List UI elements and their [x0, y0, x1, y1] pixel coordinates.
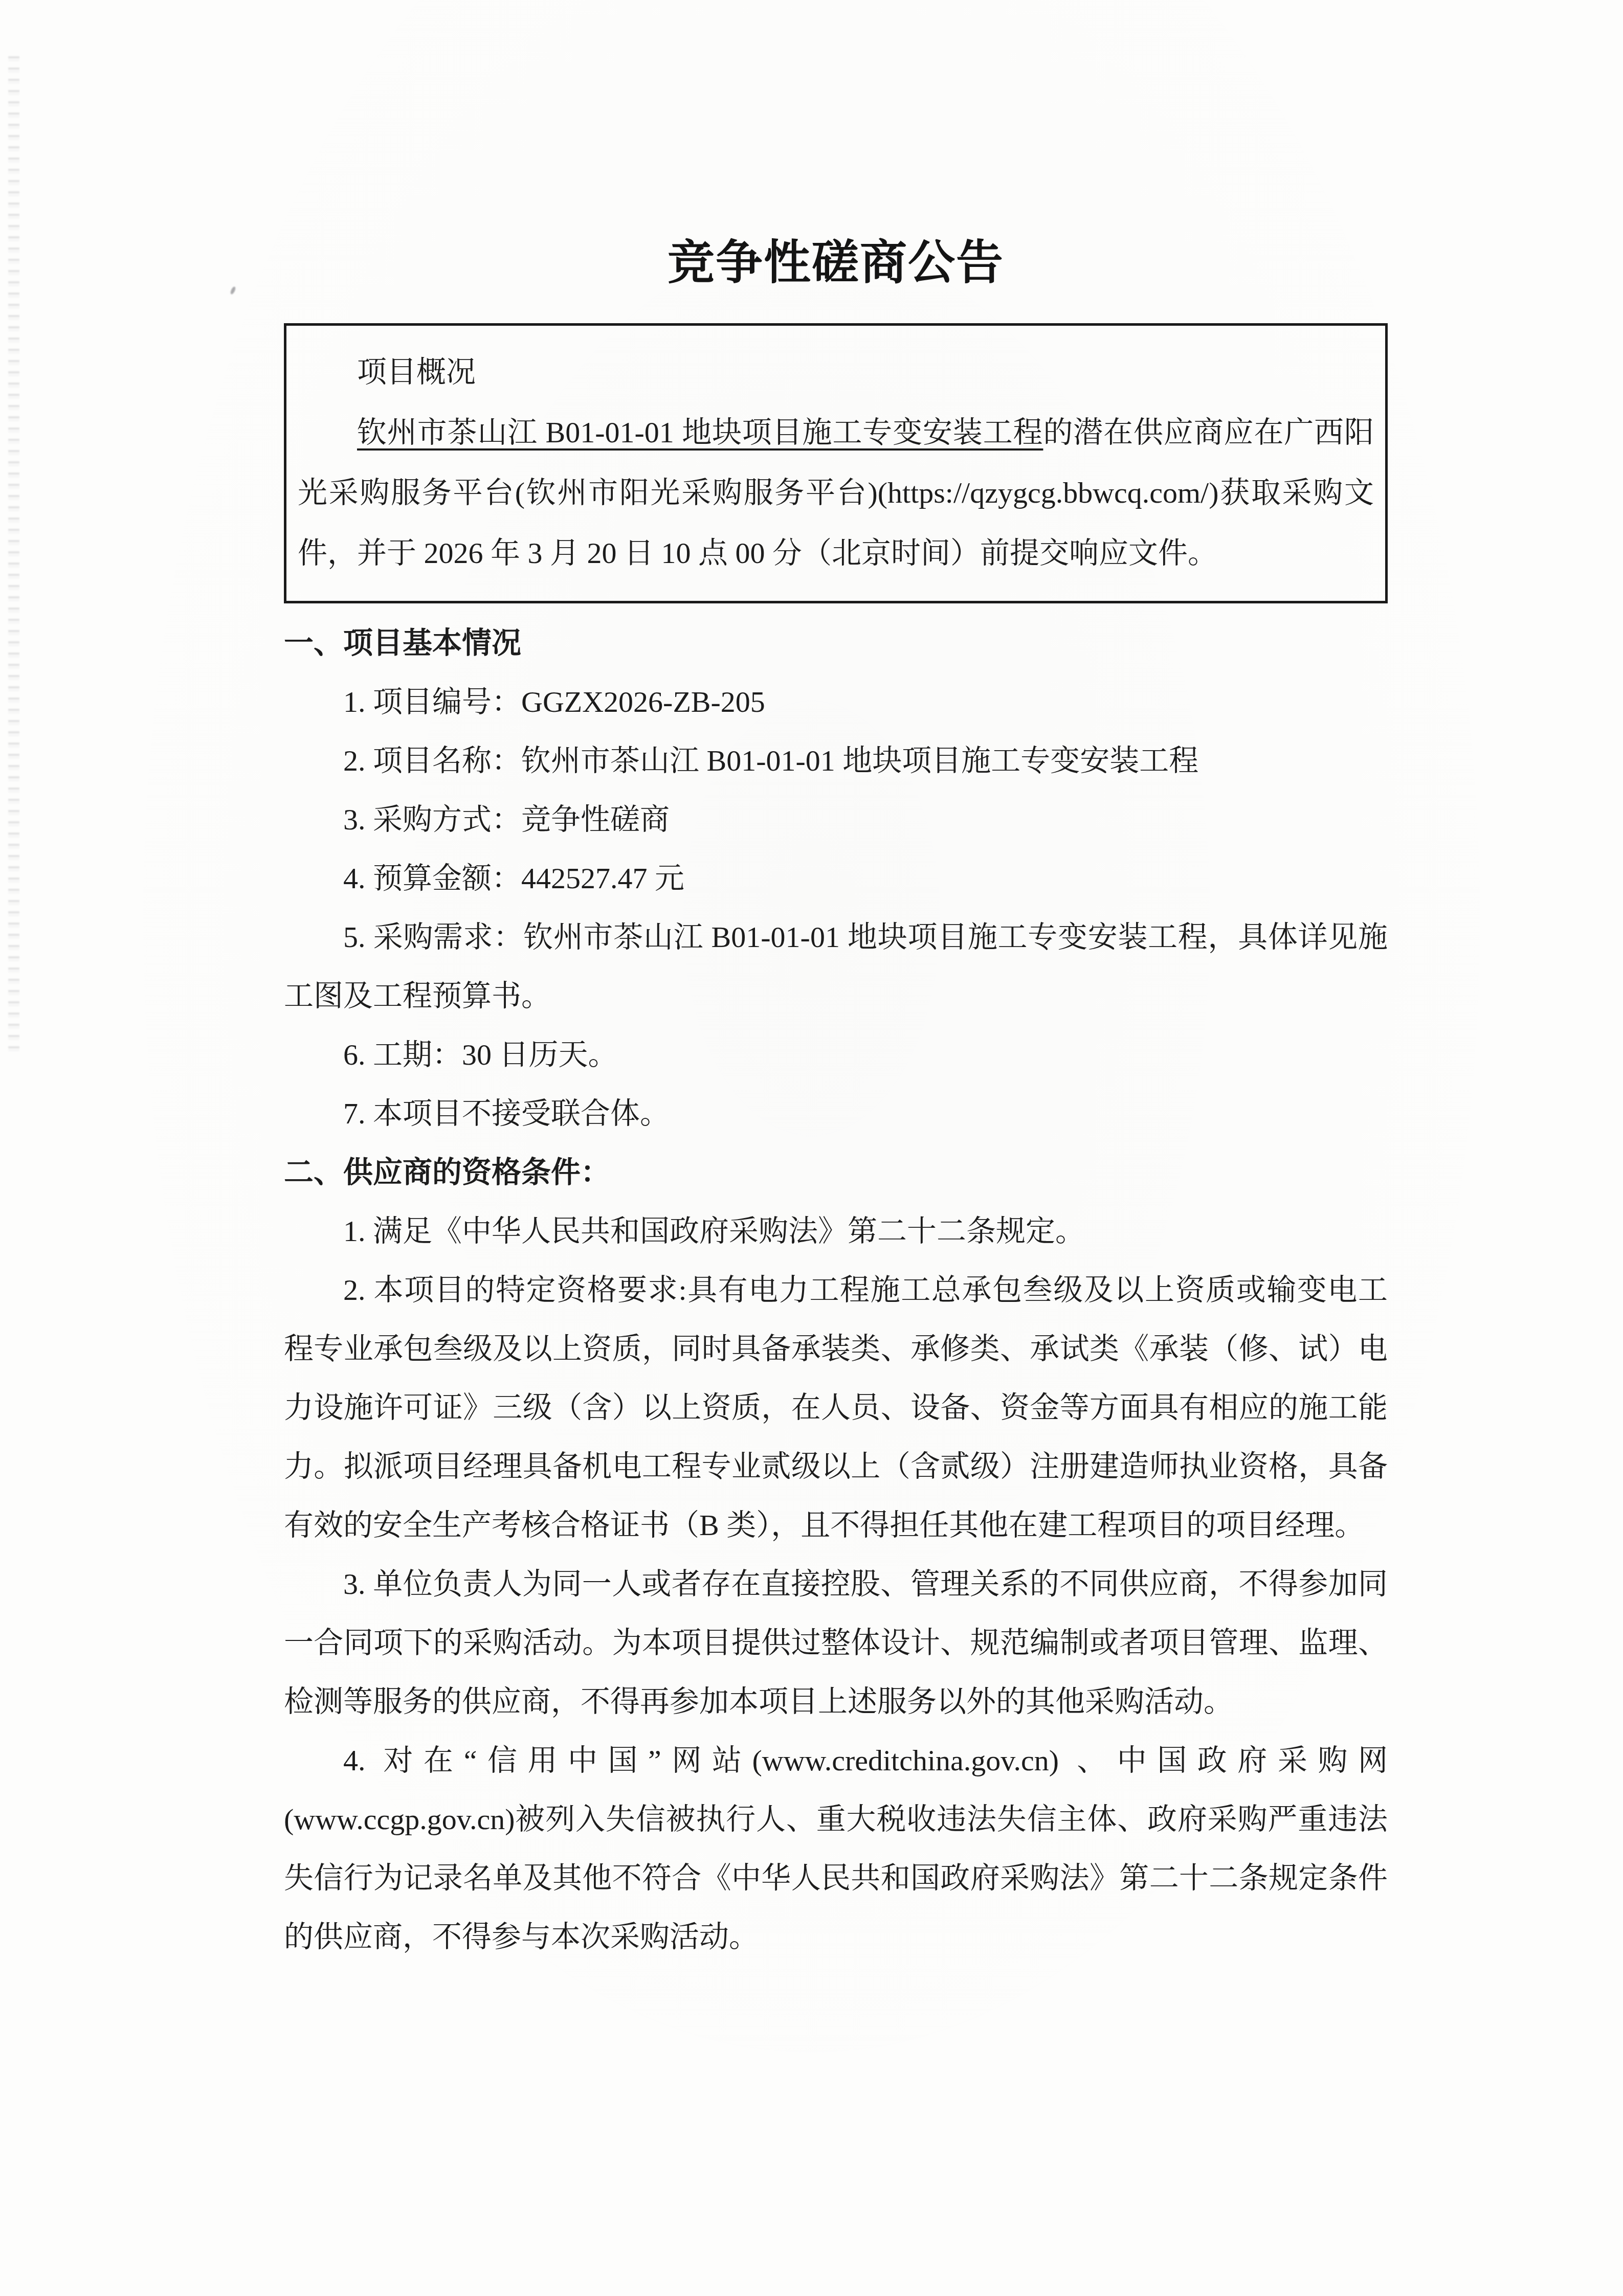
- section1-item-duration: 6. 工期：30 日历天。: [284, 1025, 1388, 1084]
- project-overview-box: 项目概况 钦州市茶山江 B01-01-01 地块项目施工专变安装工程的潜在供应商…: [284, 323, 1388, 603]
- document-content: 竞争性磋商公告 项目概况 钦州市茶山江 B01-01-01 地块项目施工专变安装…: [284, 0, 1388, 1966]
- section1-item-project-number: 1. 项目编号：GGZX2026-ZB-205: [284, 672, 1388, 731]
- section1-item-procurement-method: 3. 采购方式：竞争性磋商: [284, 790, 1388, 849]
- section1-item-procurement-demand: 5. 采购需求：钦州市茶山江 B01-01-01 地块项目施工专变安装工程，具体…: [284, 908, 1388, 1025]
- document-page: 竞争性磋商公告 项目概况 钦州市茶山江 B01-01-01 地块项目施工专变安装…: [0, 0, 1623, 2296]
- section2-heading: 二、供应商的资格条件：: [284, 1143, 1388, 1202]
- scan-artifact-speck: [230, 286, 236, 295]
- overview-paragraph: 钦州市茶山江 B01-01-01 地块项目施工专变安装工程的潜在供应商应在广西阳…: [298, 402, 1374, 583]
- page-title: 竞争性磋商公告: [284, 234, 1388, 291]
- section1-item-no-consortium: 7. 本项目不接受联合体。: [284, 1084, 1388, 1143]
- scan-artifact-left: [8, 56, 19, 1053]
- section2-item-qualification-requirements: 2. 本项目的特定资格要求:具有电力工程施工总承包叁级及以上资质或输变电工程专业…: [284, 1260, 1388, 1555]
- overview-heading: 项目概况: [298, 342, 1374, 402]
- section1-item-budget: 4. 预算金额：442527.47 元: [284, 849, 1388, 908]
- section2-item-credit-china: 4. 对在“信用中国”网站(www.creditchina.gov.cn) 、中…: [284, 1731, 1388, 1966]
- section2-item-same-responsible-person: 3. 单位负责人为同一人或者存在直接控股、管理关系的不同供应商，不得参加同一合同…: [284, 1555, 1388, 1731]
- project-name-underlined: 钦州市茶山江 B01-01-01 地块项目施工专变安装工程: [357, 416, 1043, 449]
- section1-heading: 一、项目基本情况: [284, 614, 1388, 672]
- document-body: 一、项目基本情况 1. 项目编号：GGZX2026-ZB-205 2. 项目名称…: [284, 614, 1388, 1966]
- section1-item-project-name: 2. 项目名称：钦州市茶山江 B01-01-01 地块项目施工专变安装工程: [284, 731, 1388, 790]
- section2-item-law-article22: 1. 满足《中华人民共和国政府采购法》第二十二条规定。: [284, 1202, 1388, 1260]
